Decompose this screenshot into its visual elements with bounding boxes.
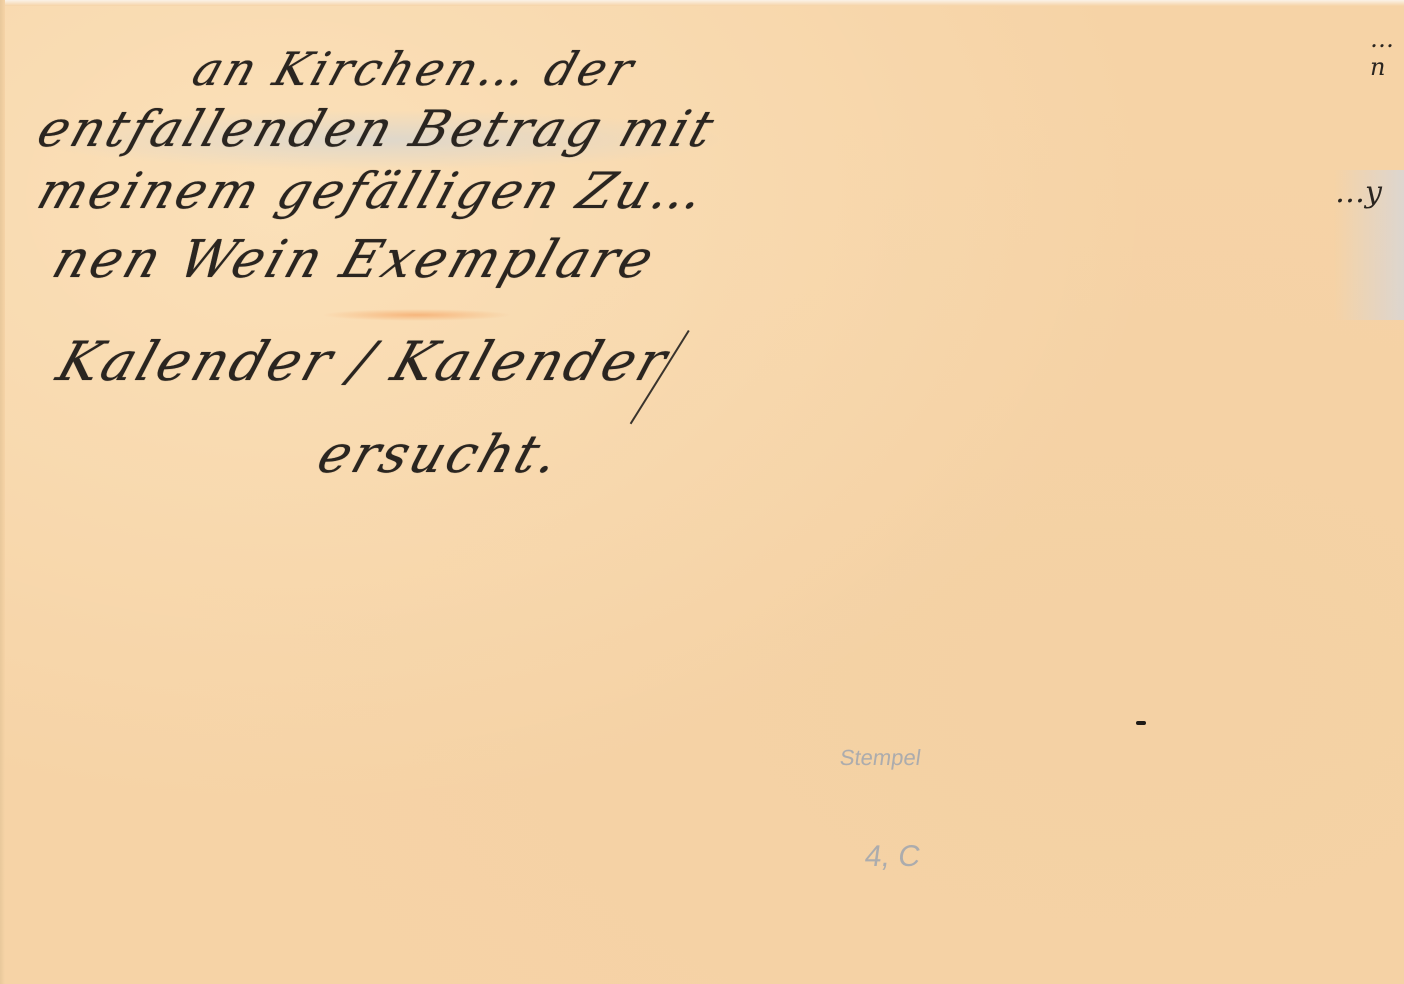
edge-fragment-middle: …y [1335,175,1382,210]
paper-top-edge [0,0,1404,6]
handwritten-line-1: an Kirchen… der [186,42,643,96]
postcard: an Kirchen… der entfallenden Betrag mit … [0,0,1404,984]
handwritten-line-6: ersucht. [310,425,569,485]
handwritten-line-2: entfallenden Betrag mit [31,100,724,158]
pencil-note-stempel: Stempel [838,745,922,771]
pencil-note-number: 4, C [863,840,923,874]
handwritten-line-3: meinem gefälligen Zu… [31,162,715,220]
paper-left-edge [0,0,5,984]
ink-dot [1136,721,1146,725]
handwritten-line-4: nen Wein Exemplare [45,230,663,290]
handwritten-line-5: Kalender / Kalender [50,330,678,393]
orange-streak [322,309,512,321]
edge-fragment-top: …n [1370,25,1404,81]
